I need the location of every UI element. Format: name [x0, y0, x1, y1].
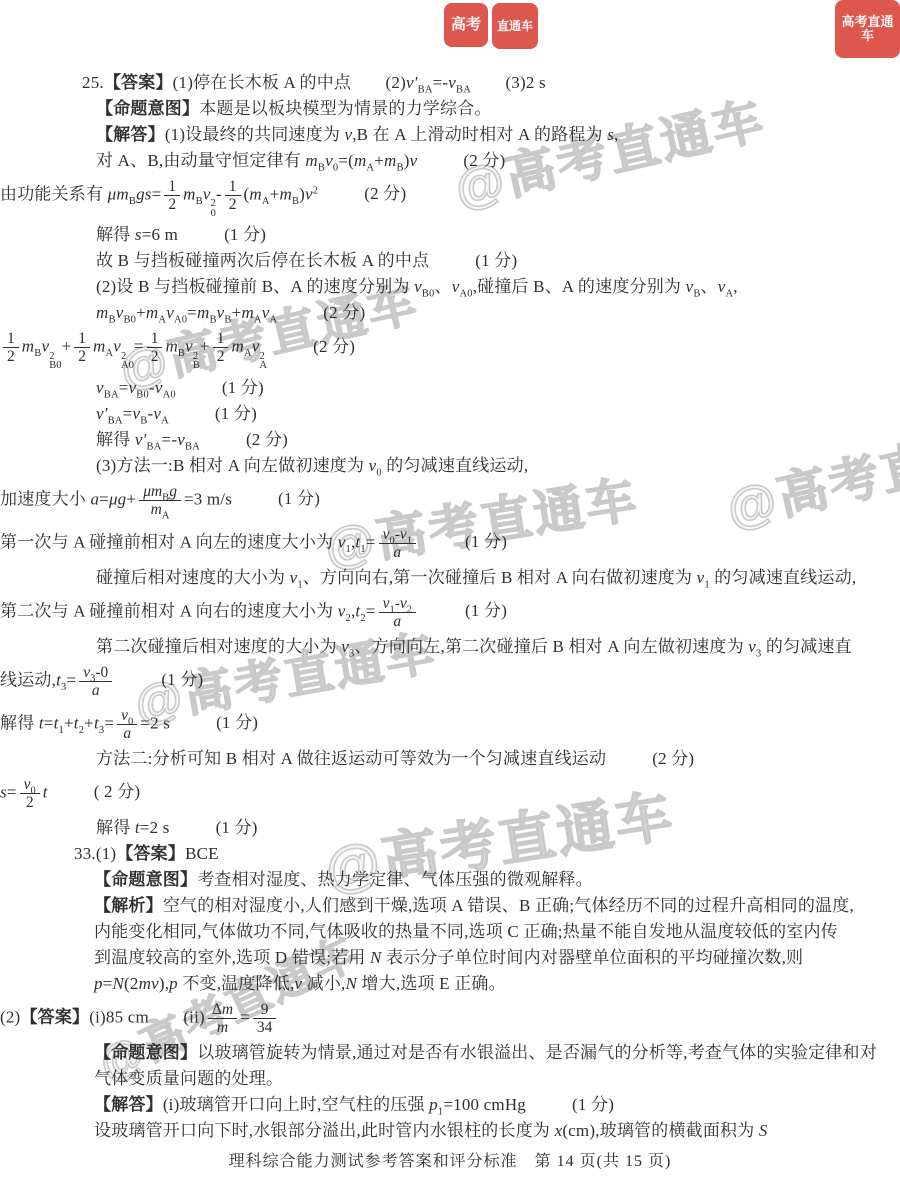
answer-line: 【命题意图】以玻璃管旋转为情景,通过对是否有水银溢出、是否漏气的分析等,考查气体… — [0, 1040, 900, 1066]
answer-line: 第二次碰撞后相对速度的大小为 v3、方向向左,第二次碰撞后 B 相对 A 向左做… — [0, 634, 900, 660]
page-footer: 理科综合能力测试参考答案和评分标准 第 14 页(共 15 页) — [0, 1148, 900, 1171]
answer-line: (3)方法一:B 相对 A 向左做初速度为 v0 的匀减速直线运动, — [0, 453, 900, 479]
answer-line: 设玻璃管开口向下时,水银部分溢出,此时管内水银柱的长度为 x(cm),玻璃管的横… — [0, 1118, 900, 1144]
answer-line: 【命题意图】本题是以板块模型为情景的力学综合。 — [0, 96, 900, 122]
answer-line: 【命题意图】考查相对湿度、热力学定律、气体压强的微观解释。 — [0, 867, 900, 893]
answer-line: s=v02t( 2 分) — [0, 772, 900, 815]
answer-line: 内能变化相同,气体做功不同,气体吸收的热量不同,选项 C 正确;热量不能自发地从… — [0, 919, 900, 945]
answer-line: (2)【答案】(i)85 cm (ii)Δmm=934 — [0, 997, 900, 1040]
answer-line: 解得 s=6 m(1 分) — [0, 222, 900, 248]
answer-line: vBA=vB0-vA0(1 分) — [0, 375, 900, 401]
answer-line: p=N(2mv),p 不变,温度降低,v 减小,N 增大,选项 E 正确。 — [0, 971, 900, 997]
answer-line: 由功能关系有 μmBgs=12mBv20-12(mA+mB)v2(2 分) — [0, 174, 900, 222]
answer-line: 解得 t=t1+t2+t3=v0a=2 s(1 分) — [0, 703, 900, 746]
answer-line: (2)设 B 与挡板碰撞前 B、A 的速度分别为 vB0、vA0,碰撞后 B、A… — [0, 274, 900, 300]
answer-line: 故 B 与挡板碰撞两次后停在长木板 A 的中点(1 分) — [0, 248, 900, 274]
answer-line: 第一次与 A 碰撞前相对 A 向左的速度大小为 v1,t1=v0-v1a(1 分… — [0, 522, 900, 565]
answer-line: 12mBv2B0+12mAv2A0=12mBv2B+12mAv2A(2 分) — [0, 326, 900, 374]
answer-line: 碰撞后相对速度的大小为 v1、方向向右,第一次碰撞后 B 相对 A 向右做初速度… — [0, 565, 900, 591]
answer-line: 解得 v′BA=-vBA(2 分) — [0, 427, 900, 453]
answer-line: mBvB0+mAvA0=mBvB+mAvA(2 分) — [0, 300, 900, 326]
answer-line: 【解答】(i)玻璃管开口向上时,空气柱的压强 p1=100 cmHg(1 分) — [0, 1092, 900, 1118]
answer-line: 【解析】空气的相对湿度小,人们感到干燥,选项 A 错误、B 正确;气体经历不同的… — [0, 893, 900, 919]
answer-line: 线运动,t3=v3-0a(1 分) — [0, 660, 900, 703]
answer-line: 气体变质量问题的处理。 — [0, 1066, 900, 1092]
answer-line: 【解答】(1)设最终的共同速度为 v,B 在 A 上滑动时相对 A 的路程为 s… — [0, 122, 900, 148]
document-body: 25.【答案】(1)停在长木板 A 的中点 (2)v′BA=-vBA (3)2 … — [0, 70, 900, 1144]
answer-line: 加速度大小 a=μg+μmBgmA=3 m/s(1 分) — [0, 479, 900, 522]
answer-line: 对 A、B,由动量守恒定律有 mBv0=(mA+mB)v(2 分) — [0, 148, 900, 174]
seal-stamp-icon: 高考直通车 — [835, 0, 900, 58]
answer-line: 方法二:分析可知 B 相对 A 做往返运动可等效为一个匀减速直线运动(2 分) — [0, 746, 900, 772]
seal-stamp-icon: 高考 — [444, 3, 488, 47]
answer-line: 解得 t=2 s(1 分) — [0, 815, 900, 841]
answer-line: 到温度较高的室外,选项 D 错误;若用 N 表示分子单位时间内对器壁单位面积的平… — [0, 945, 900, 971]
seal-stamp-icon: 直通车 — [492, 3, 538, 49]
answer-line: 25.【答案】(1)停在长木板 A 的中点 (2)v′BA=-vBA (3)2 … — [0, 70, 900, 96]
answer-line: v′BA=vB-vA(1 分) — [0, 401, 900, 427]
answer-line: 33.(1)【答案】BCE — [0, 841, 900, 867]
answer-line: 第二次与 A 碰撞前相对 A 向右的速度大小为 v2,t2=v1-v2a(1 分… — [0, 591, 900, 634]
